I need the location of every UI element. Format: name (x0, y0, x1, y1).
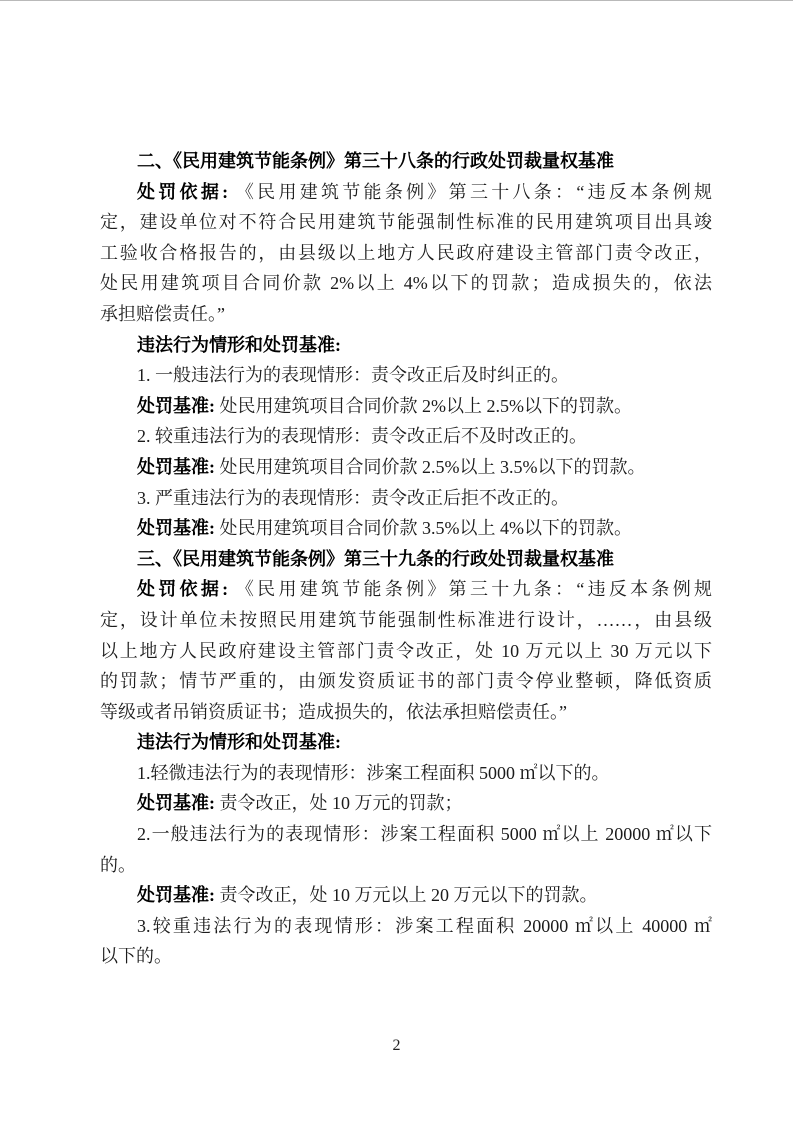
text-line: 处罚基准: 处民用建筑项目合同价款 2.5%以上 3.5%以下的罚款。 (100, 452, 712, 483)
text-line: 处罚基准: 责令改正，处 10 万元的罚款； (100, 788, 712, 819)
text-line: 的罚款；情节严重的，由颁发资质证书的部门责令停业整顿，降低资质 (100, 666, 712, 697)
bold-text-run: 二、《民用建筑节能条例》第三十八条的行政处罚裁量权基准 (137, 151, 614, 171)
text-line: 2. 较重违法行为的表现情形：责令改正后不及时改正的。 (100, 421, 712, 452)
text-run: 处民用建筑项目合同价款 2%以上 2.5%以下的罚款。 (215, 396, 632, 416)
bold-text-run: 三、《民用建筑节能条例》第三十九条的行政处罚裁量权基准 (137, 549, 614, 569)
text-line: 1.轻微违法行为的表现情形：涉案工程面积 5000 ㎡以下的。 (100, 758, 712, 789)
text-run: 处民用建筑项目合同价款 3.5%以上 4%以下的罚款。 (215, 518, 632, 538)
bold-text-run: 违法行为情形和处罚基准: (137, 335, 341, 355)
text-line: 工验收合格报告的，由县级以上地方人民政府建设主管部门责令改正， (100, 238, 712, 269)
text-run: 《民用建筑节能条例》第三十八条：“违反本条例规 (228, 182, 712, 202)
bold-text-run: 处罚基准: (137, 885, 215, 905)
text-run: 责令改正，处 10 万元的罚款； (215, 793, 463, 813)
bold-text-run: 处罚依据: (137, 182, 228, 202)
text-run: 1.轻微违法行为的表现情形：涉案工程面积 5000 ㎡以下的。 (137, 763, 610, 783)
text-line: 3. 严重违法行为的表现情形：责令改正后拒不改正的。 (100, 483, 712, 514)
document-page: 二、《民用建筑节能条例》第三十八条的行政处罚裁量权基准处罚依据: 《民用建筑节能… (0, 0, 793, 1122)
heading-line: 违法行为情形和处罚基准: (100, 330, 712, 361)
text-line: 处罚基准: 处民用建筑项目合同价款 2%以上 2.5%以下的罚款。 (100, 391, 712, 422)
text-run: 的。 (100, 855, 136, 875)
bold-text-run: 处罚基准: (137, 457, 215, 477)
text-line: 处民用建筑项目合同价款 2%以上 4%以下的罚款；造成损失的，依法 (100, 268, 712, 299)
heading-line: 二、《民用建筑节能条例》第三十八条的行政处罚裁量权基准 (100, 146, 712, 177)
text-run: 处民用建筑项目合同价款 2%以上 4%以下的罚款；造成损失的，依法 (100, 273, 712, 293)
text-run: 《民用建筑节能条例》第三十九条：“违反本条例规 (228, 579, 712, 599)
text-line: 以下的。 (100, 941, 712, 972)
text-run: 责令改正，处 10 万元以上 20 万元以下的罚款。 (215, 885, 598, 905)
bold-text-run: 处罚基准: (137, 396, 215, 416)
bold-text-run: 处罚依据: (137, 579, 228, 599)
text-run: 2. 较重违法行为的表现情形：责令改正后不及时改正的。 (137, 426, 587, 446)
text-run: 3. 严重违法行为的表现情形：责令改正后拒不改正的。 (137, 488, 569, 508)
text-line: 1. 一般违法行为的表现情形：责令改正后及时纠正的。 (100, 360, 712, 391)
text-run: 定，设计单位未按照民用建筑节能强制性标准进行设计，……，由县级 (100, 610, 712, 630)
heading-line: 三、《民用建筑节能条例》第三十九条的行政处罚裁量权基准 (100, 544, 712, 575)
text-line: 以上地方人民政府建设主管部门责令改正，处 10 万元以上 30 万元以下 (100, 636, 712, 667)
text-run: 等级或者吊销资质证书；造成损失的，依法承担赔偿责任。” (100, 702, 567, 722)
text-line: 等级或者吊销资质证书；造成损失的，依法承担赔偿责任。” (100, 697, 712, 728)
text-run: 1. 一般违法行为的表现情形：责令改正后及时纠正的。 (137, 365, 569, 385)
text-run: 以下的。 (100, 946, 172, 966)
text-line: 承担赔偿责任。” (100, 299, 712, 330)
text-line: 2.一般违法行为的表现情形：涉案工程面积 5000 ㎡以上 20000 ㎡以下 (100, 819, 712, 850)
text-line: 处罚基准: 责令改正，处 10 万元以上 20 万元以下的罚款。 (100, 880, 712, 911)
scan-edge-artifact (0, 0, 793, 1)
text-line: 3.较重违法行为的表现情形：涉案工程面积 20000 ㎡以上 40000 ㎡ (100, 911, 712, 942)
text-run: 的罚款；情节严重的，由颁发资质证书的部门责令停业整顿，降低资质 (100, 671, 712, 691)
heading-line: 违法行为情形和处罚基准: (100, 727, 712, 758)
text-run: 工验收合格报告的，由县级以上地方人民政府建设主管部门责令改正， (100, 243, 712, 263)
text-run: 处民用建筑项目合同价款 2.5%以上 3.5%以下的罚款。 (215, 457, 646, 477)
bold-text-run: 处罚基准: (137, 793, 215, 813)
bold-text-run: 违法行为情形和处罚基准: (137, 732, 341, 752)
text-line: 处罚依据: 《民用建筑节能条例》第三十九条：“违反本条例规 (100, 574, 712, 605)
text-line: 处罚依据: 《民用建筑节能条例》第三十八条：“违反本条例规 (100, 177, 712, 208)
text-run: 以上地方人民政府建设主管部门责令改正，处 10 万元以上 30 万元以下 (100, 641, 712, 661)
page-number: 2 (0, 1036, 793, 1056)
text-line: 的。 (100, 850, 712, 881)
text-run: 3.较重违法行为的表现情形：涉案工程面积 20000 ㎡以上 40000 ㎡ (137, 916, 712, 936)
text-run: 2.一般违法行为的表现情形：涉案工程面积 5000 ㎡以上 20000 ㎡以下 (137, 824, 712, 844)
text-line: 定，设计单位未按照民用建筑节能强制性标准进行设计，……，由县级 (100, 605, 712, 636)
bold-text-run: 处罚基准: (137, 518, 215, 538)
text-run: 承担赔偿责任。” (100, 304, 225, 324)
document-body: 二、《民用建筑节能条例》第三十八条的行政处罚裁量权基准处罚依据: 《民用建筑节能… (100, 146, 712, 972)
text-line: 定，建设单位对不符合民用建筑节能强制性标准的民用建筑项目出具竣 (100, 207, 712, 238)
text-line: 处罚基准: 处民用建筑项目合同价款 3.5%以上 4%以下的罚款。 (100, 513, 712, 544)
text-run: 定，建设单位对不符合民用建筑节能强制性标准的民用建筑项目出具竣 (100, 212, 712, 232)
